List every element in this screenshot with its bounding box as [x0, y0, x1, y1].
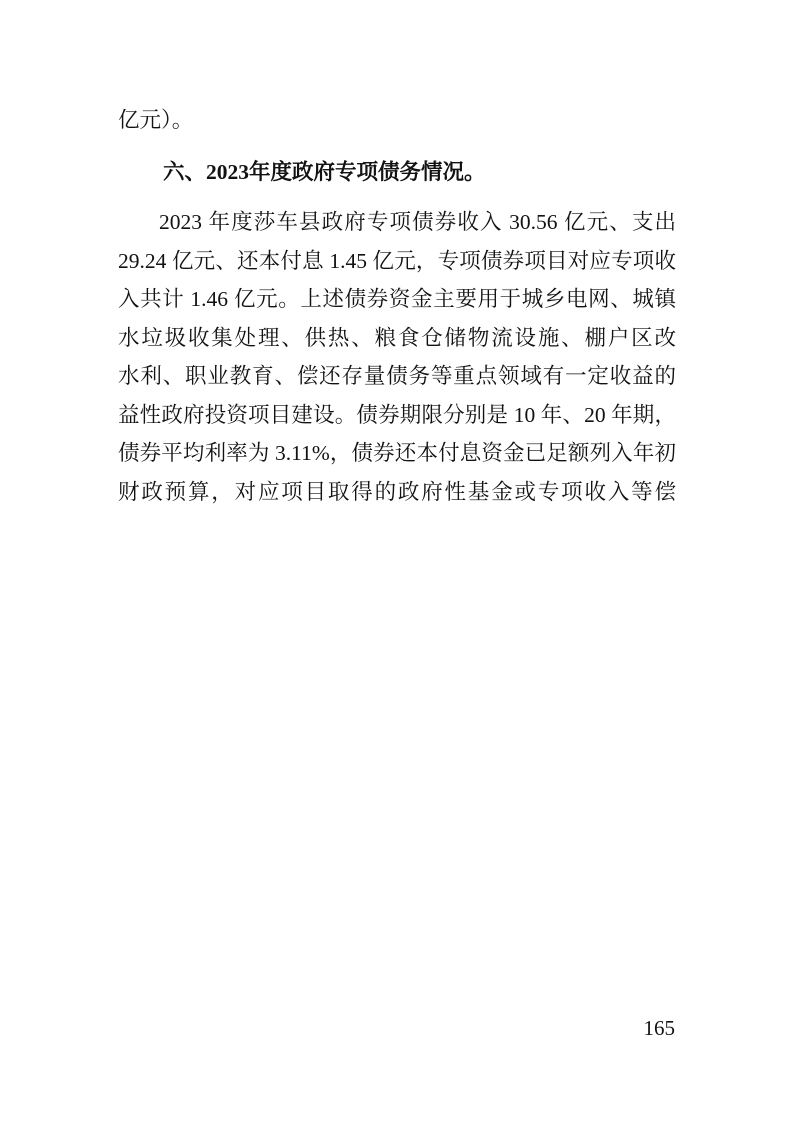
- paragraph-line: 债券平均利率为 3.11%，债券还本付息资金已足额列入年初: [118, 434, 676, 473]
- body-paragraph: 2023 年度莎车县政府专项债券收入 30.56 亿元、支出 29.24 亿元、…: [118, 203, 676, 511]
- page-number: 165: [644, 1014, 676, 1042]
- paragraph-line: 29.24 亿元、还本付息 1.45 亿元，专项债券项目对应专项收: [118, 242, 676, 281]
- document-page: 亿元）。 六、2023年度政府专项债务情况。 2023 年度莎车县政府专项债券收…: [0, 0, 793, 1122]
- paragraph-continuation-text: 亿元）。: [118, 101, 676, 140]
- paragraph-line: 财政预算，对应项目取得的政府性基金或专项收入等偿还。: [118, 473, 676, 512]
- document-content: 亿元）。 六、2023年度政府专项债务情况。 2023 年度莎车县政府专项债券收…: [118, 101, 676, 511]
- paragraph-line: 益性政府投资项目建设。债券期限分别是 10 年、20 年期，: [118, 396, 676, 435]
- paragraph-line: 2023 年度莎车县政府专项债券收入 30.56 亿元、支出: [118, 203, 676, 242]
- paragraph-line: 水利、职业教育、偿还存量债务等重点领域有一定收益的公: [118, 357, 676, 396]
- paragraph-line: 水垃圾收集处理、供热、粮食仓储物流设施、棚户区改造、: [118, 319, 676, 358]
- section-heading: 六、2023年度政府专项债务情况。: [118, 153, 676, 192]
- paragraph-line: 入共计 1.46 亿元。上述债券资金主要用于城乡电网、城镇污: [118, 280, 676, 319]
